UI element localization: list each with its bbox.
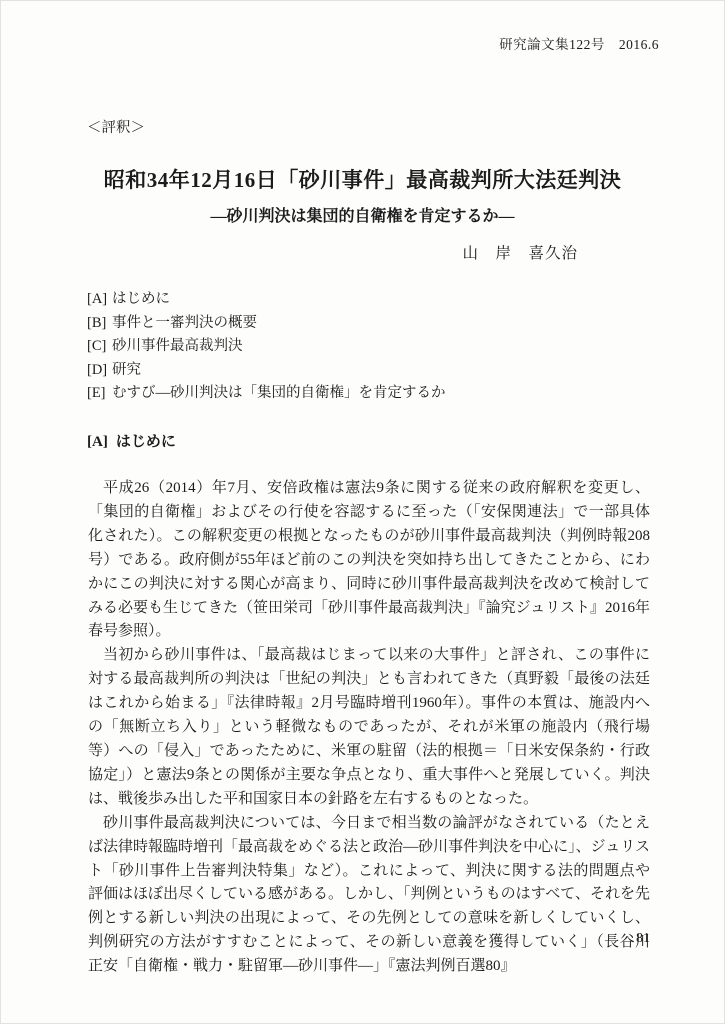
toc-item-marker: [C] <box>87 335 112 359</box>
toc-item-label: 砂川事件最高裁判決 <box>112 335 243 359</box>
table-of-contents: [A] はじめに [B] 事件と一審判決の概要 [C] 砂川事件最高裁判決 [D… <box>87 288 446 406</box>
toc-item-b: [B] 事件と一審判決の概要 <box>87 312 446 336</box>
toc-item-c: [C] 砂川事件最高裁判決 <box>87 335 446 359</box>
page-number: 81 <box>636 931 650 947</box>
toc-item-label: むすび―砂川判決は「集団的自衛権」を肯定するか <box>112 382 446 406</box>
article-body: 平成26（2014）年7月、安倍政権は憲法9条に関する従来の政府解釈を変更し、「… <box>88 477 650 979</box>
toc-item-label: はじめに <box>112 288 170 312</box>
toc-item-marker: [B] <box>87 312 112 336</box>
toc-item-marker: [A] <box>87 288 112 312</box>
document-page: 研究論文集122号 2016.6 ＜評釈＞ 昭和34年12月16日「砂川事件」最… <box>0 0 725 1024</box>
paragraph: 砂川事件最高裁判決については、今日まで相当数の論評がなされている（たとえば法律時… <box>88 812 650 979</box>
article-title: 昭和34年12月16日「砂川事件」最高裁判所大法廷判決 <box>0 164 725 194</box>
toc-item-d: [D] 研究 <box>87 359 446 383</box>
toc-item-a: [A] はじめに <box>87 288 446 312</box>
toc-item-e: [E] むすび―砂川判決は「集団的自衛権」を肯定するか <box>87 382 446 406</box>
paragraph: 平成26（2014）年7月、安倍政権は憲法9条に関する従来の政府解釈を変更し、「… <box>88 477 650 644</box>
genre-label: ＜評釈＞ <box>87 116 145 137</box>
article-subtitle: ―砂川判決は集団的自衛権を肯定するか― <box>0 203 725 226</box>
toc-item-label: 事件と一審判決の概要 <box>112 312 257 336</box>
paragraph: 当初から砂川事件は、「最高裁はじまって以来の大事件」と評され、この事件に対する最… <box>88 644 650 811</box>
section-heading: [A]はじめに <box>87 430 176 451</box>
author-name: 山 岸 喜久治 <box>462 241 578 263</box>
toc-item-marker: [D] <box>87 359 112 383</box>
section-heading-label: はじめに <box>116 434 176 450</box>
toc-item-marker: [E] <box>87 382 112 406</box>
section-heading-marker: [A] <box>87 434 108 450</box>
toc-item-label: 研究 <box>112 359 141 383</box>
journal-issue-header: 研究論文集122号 2016.6 <box>499 33 659 53</box>
